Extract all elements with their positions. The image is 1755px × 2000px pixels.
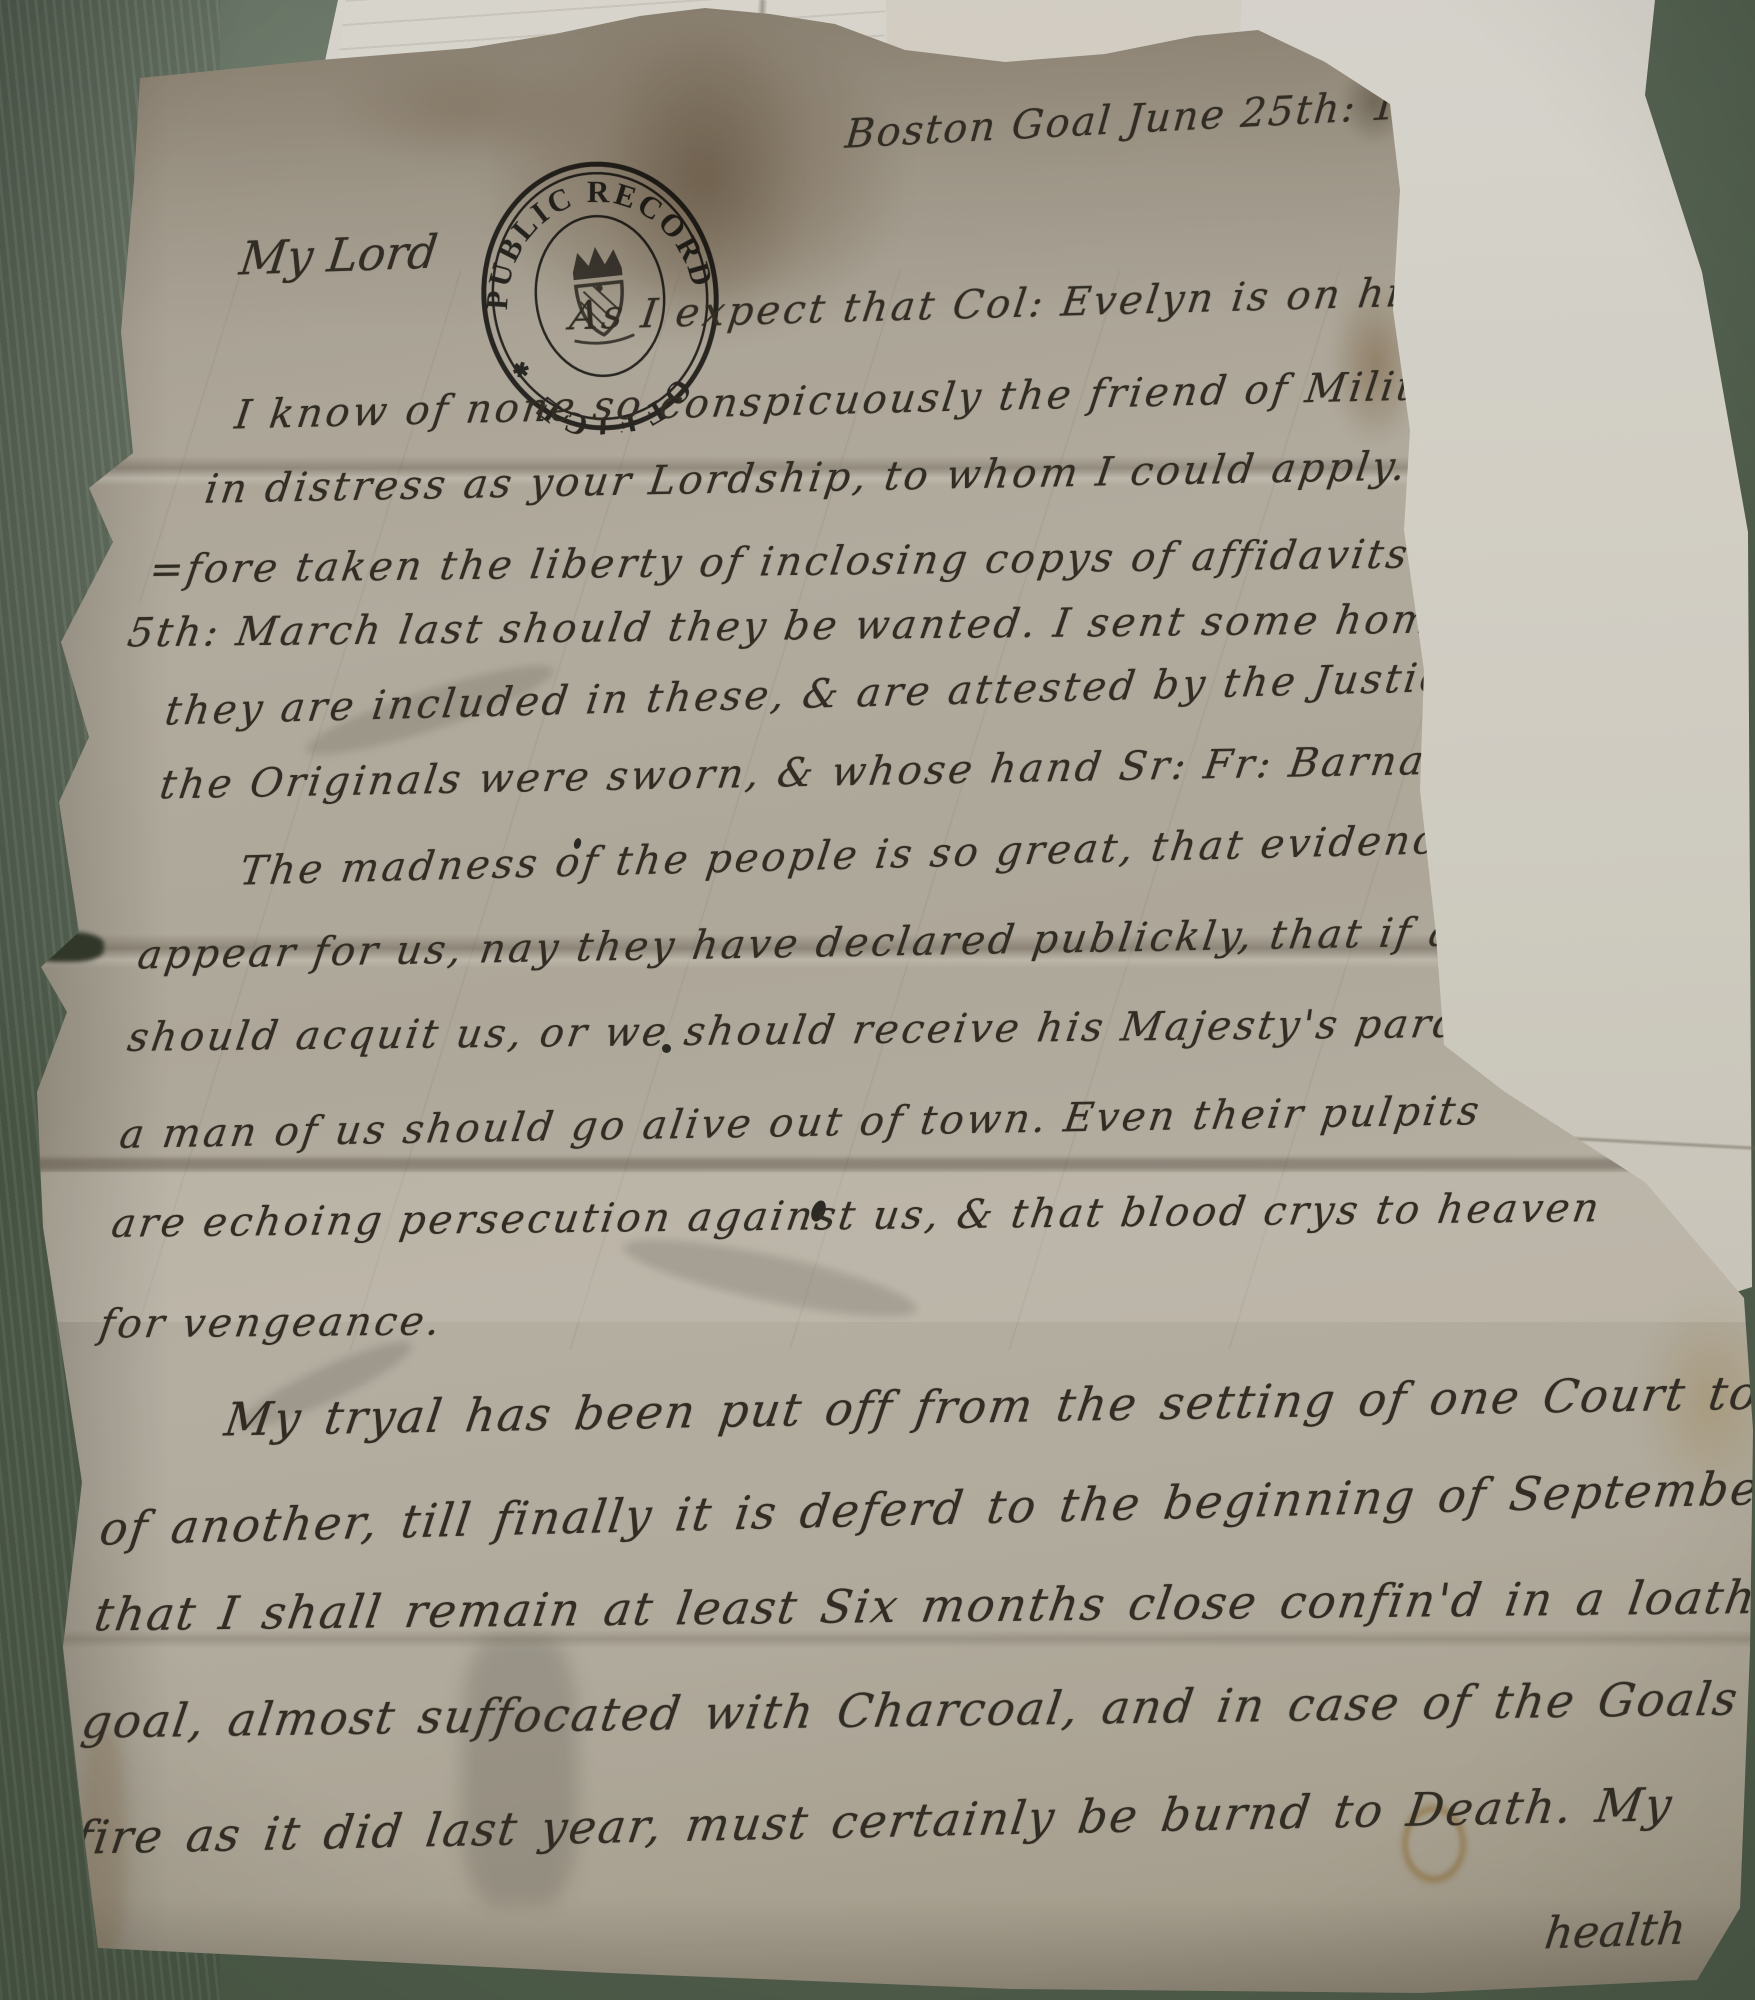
photo-vignette: [0, 0, 1755, 2000]
photo-of-letter: PUBLIC RECORD OFFICE ✱ Boston Goal June …: [0, 0, 1755, 2000]
